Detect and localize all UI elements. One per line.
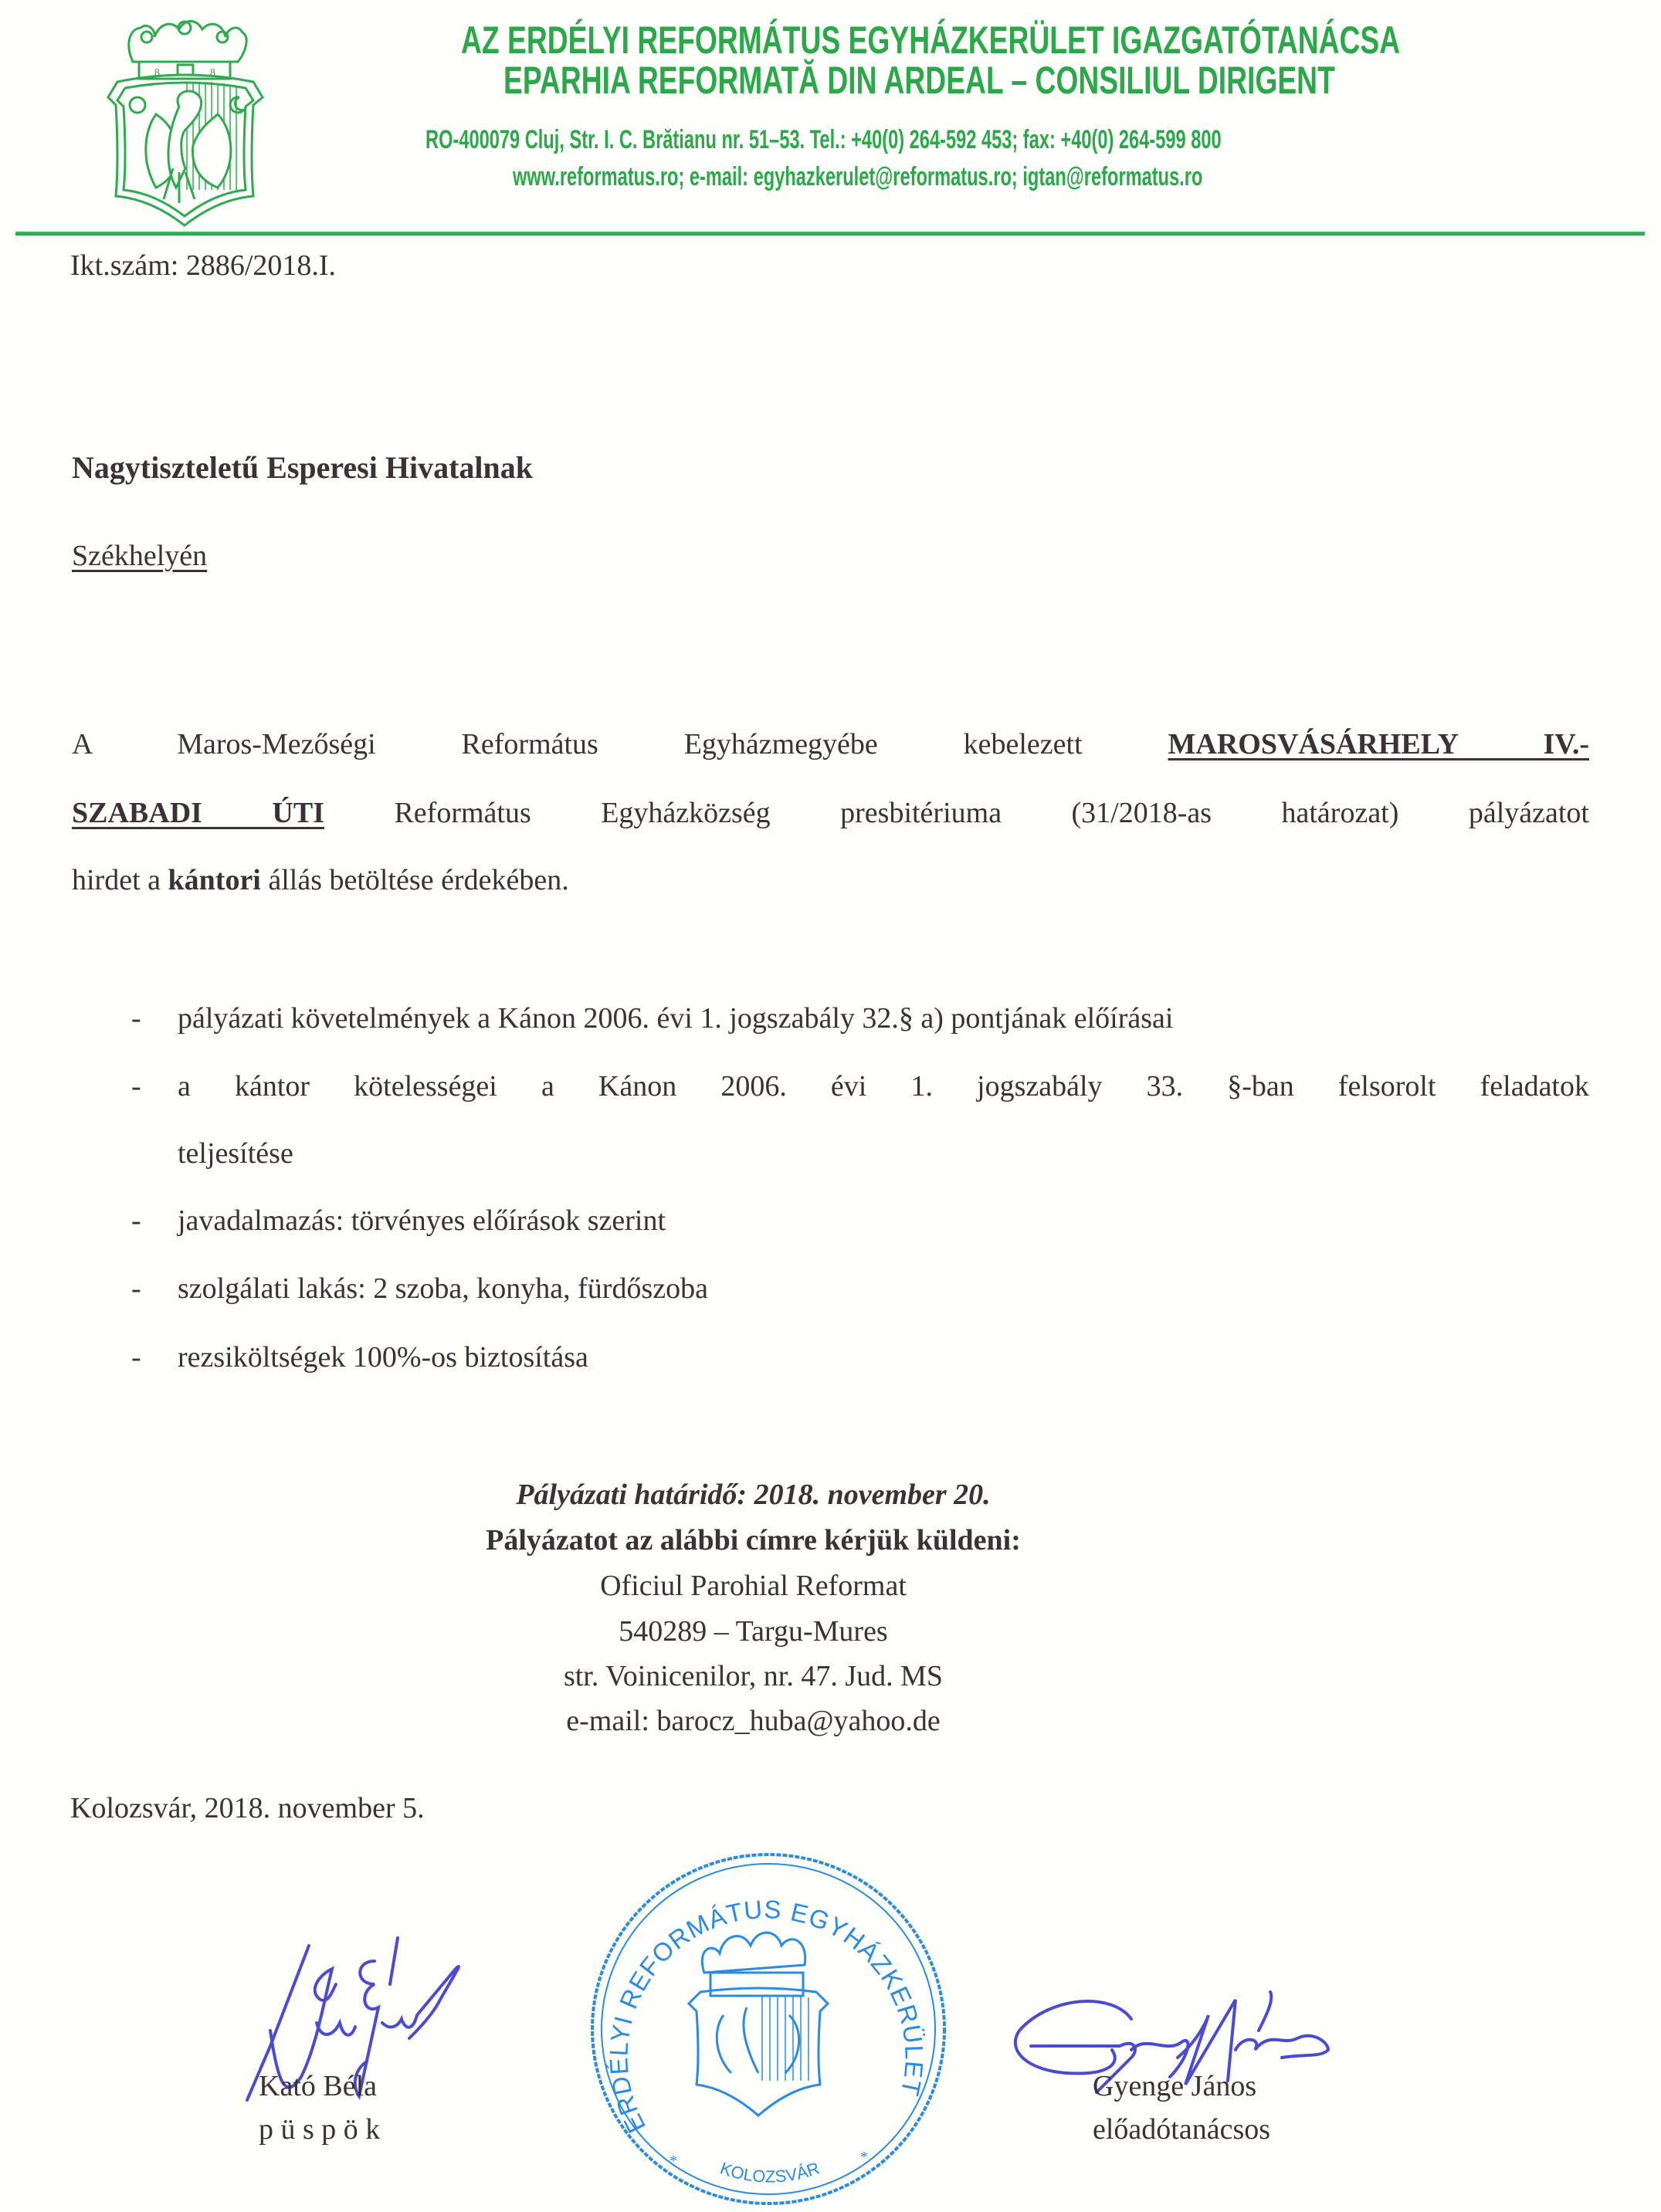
place-date: Kolozsvár, 2018. november 5. [70,1791,425,1825]
body-line-3-rest: állás betöltése érdekében. [268,864,568,896]
letterhead-divider [15,232,1645,235]
signatory-title: p ü s p ö k [259,2112,380,2146]
letterhead-contact: www.reformatus.ro; e-mail: egyhazkerulet… [513,164,1202,190]
letterhead-address: RO-400079 Cluj, Str. I. C. Brătianu nr. … [425,127,1222,153]
addressee-name: Nagytiszteletű Esperesi Hivatalnak [72,451,533,485]
body-line-1: A Maros-Mezőségi Református Egyházmegyéb… [72,727,1589,761]
position-name: kántori [168,864,261,896]
list-item: a kántor kötelességei a Kánon 2006. évi … [178,1069,1589,1103]
body-line-3: hirdet a kántori állás betöltése érdekéb… [72,863,1589,897]
addressee-location: Székhelyén [72,539,207,573]
submission-instruction: Pályázatot az alábbi címre kérjük külden… [486,1523,1021,1557]
list-item: pályázati követelmények a Kánon 2006. év… [178,1001,1173,1035]
parish-name-part2: SZABADI ÚTI [72,797,324,829]
stamp-bottom-text: KOLOZSVÁR [718,2158,822,2186]
letterhead-title-ro: EPARHIA REFORMATĂ DIN ARDEAL – CONSILIUL… [503,61,1335,100]
signatory-name: Gyenge János [1093,2069,1256,2103]
bullet-dash: - [131,1340,141,1374]
registration-number: Ikt.szám: 2886/2018.I. [70,249,336,283]
list-item: rezsiköltségek 100%-os biztosítása [178,1340,588,1374]
body-line-2: SZABADI ÚTI Református Egyházközség pres… [72,796,1589,830]
bullet-dash: - [131,1069,141,1103]
letterhead-title-hu: AZ ERDÉLYI REFORMÁTUS EGYHÁZKERÜLET IGAZ… [461,21,1400,59]
list-item-continuation: teljesítése [178,1136,293,1170]
signatory-title: előadótanácsos [1093,2112,1270,2146]
parish-name-part1: MAROSVÁSÁRHELY IV.- [1168,728,1589,760]
official-stamp-icon: ERDÉLYI REFORMÁTUS EGYHÁZKERÜLET IGAZGAT… [588,1849,948,2209]
submission-email[interactable]: e-mail: barocz_huba@yahoo.de [566,1704,940,1738]
address-line: str. Voinicenilor, nr. 47. Jud. MS [564,1659,943,1693]
deadline: Pályázati határidő: 2018. november 20. [516,1478,990,1512]
svg-text:*: * [860,2149,868,2166]
body-line-1-text: A Maros-Mezőségi Református Egyházmegyéb… [72,728,1083,760]
svg-text:*: * [669,2153,677,2170]
body-line-2-text: Református Egyházközség presbitériuma (3… [394,797,1589,829]
list-item: javadalmazás: törvényes előírások szerin… [178,1204,666,1238]
body-line-3-pre: hirdet a [72,864,161,896]
bullet-dash: - [131,1272,141,1306]
bullet-dash: - [131,1001,141,1035]
address-line: Oficiul Parohial Reformat [600,1569,907,1603]
svg-text:KOLOZSVÁR: KOLOZSVÁR [718,2158,822,2186]
signatory-name: Kató Béla [259,2069,377,2103]
address-line: 540289 – Targu-Mures [619,1614,887,1648]
list-item: szolgálati lakás: 2 szoba, konyha, fürdő… [178,1272,708,1306]
coat-of-arms-icon: 8 8 [102,14,267,229]
bullet-dash: - [131,1204,141,1238]
